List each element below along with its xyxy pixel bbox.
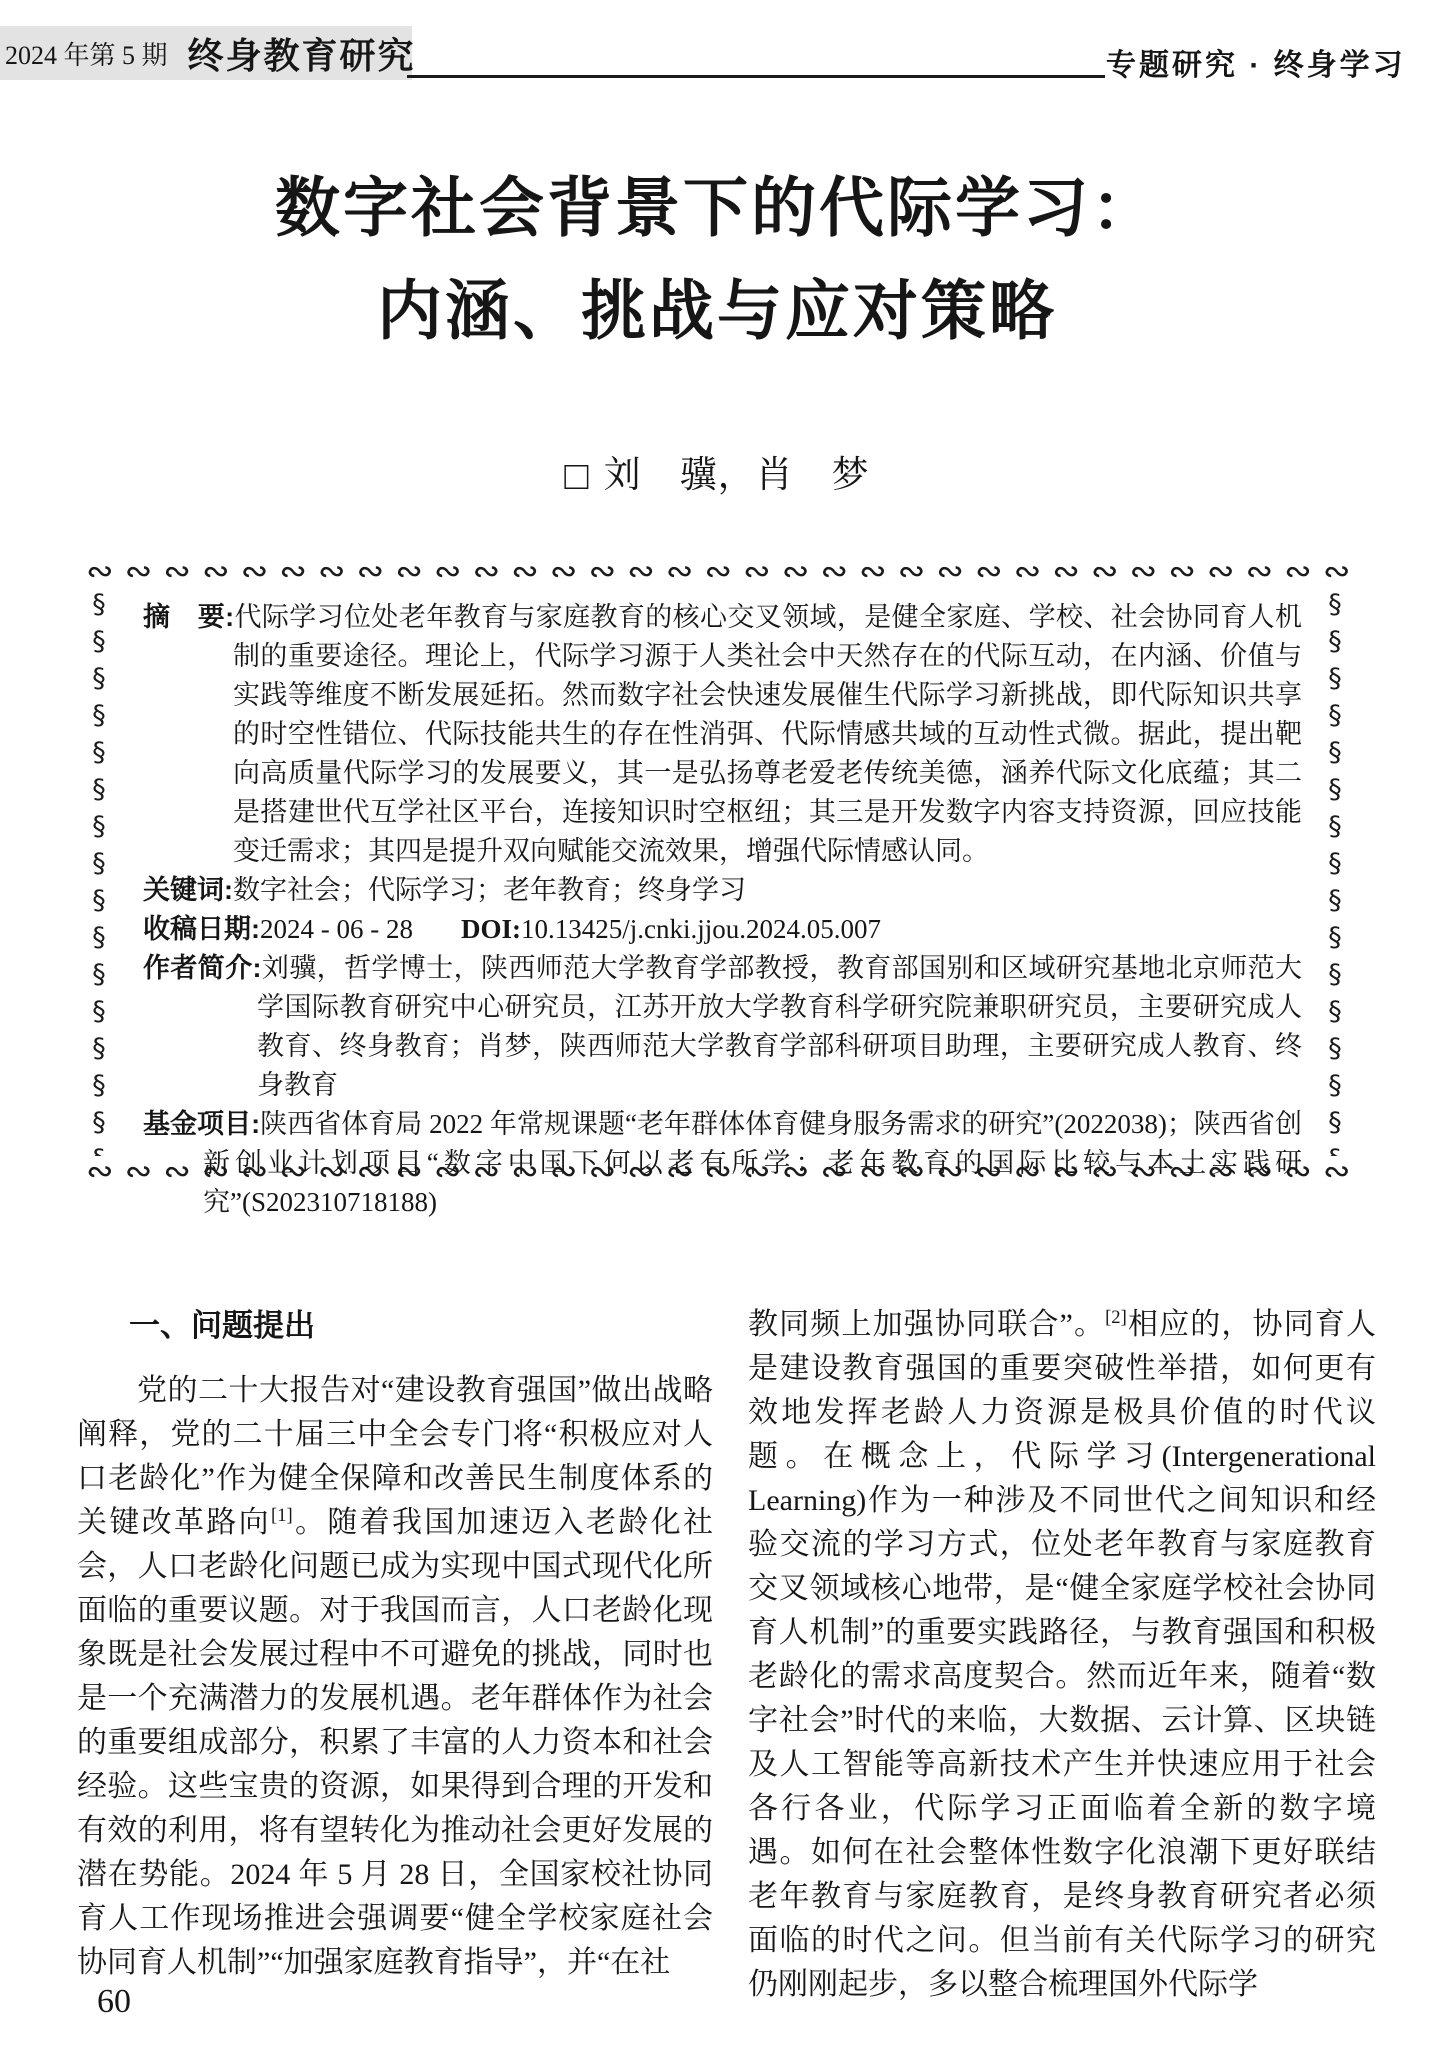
keywords-text: 数字社会；代际学习；老年教育；终身学习	[233, 875, 746, 905]
author-bio-text: 刘骥，哲学博士，陕西师范大学教育学部教授，教育部国别和区域研究基地北京师范大学国…	[257, 953, 1302, 1100]
paragraph-right: 教同频上加强协同联合”。[2]相应的，协同育人是建设教育强国的重要突破性举措，如…	[748, 1303, 1376, 2007]
received-doi-field: 收稿日期:2024 - 06 - 28DOI:10.13425/j.cnki.j…	[143, 910, 1302, 949]
abstract-content: 摘 要:代际学习位处老年教育与家庭教育的核心交叉领域，是健全家庭、学校、社会协同…	[143, 598, 1302, 1222]
abstract-text: 代际学习位处老年教育与家庭教育的核心交叉领域，是健全家庭、学校、社会协同育人机制…	[233, 602, 1302, 866]
paragraph-left: 党的二十大报告对“建设教育强国”做出战略阐释，党的二十届三中全会专门将“积极应对…	[77, 1369, 713, 1985]
body-column-left: 一、问题提出 党的二十大报告对“建设教育强国”做出战略阐释，党的二十届三中全会专…	[77, 1303, 713, 1985]
reference-mark-1: [1]	[271, 1505, 293, 1526]
author-bio-label: 作者简介:	[143, 953, 262, 983]
abstract-label: 摘 要:	[143, 602, 234, 632]
reference-mark-2: [2]	[1105, 1307, 1127, 1328]
author-line: □刘 骥，肖 梦	[0, 444, 1434, 499]
received-date-value: 2024 - 06 - 28	[260, 914, 413, 944]
keywords-label: 关键词:	[143, 875, 233, 905]
article-title: 数字社会背景下的代际学习： 内涵、挑战与应对策略	[0, 158, 1434, 364]
body-column-right: 教同频上加强协同联合”。[2]相应的，协同育人是建设教育强国的重要突破性举措，如…	[748, 1303, 1376, 2007]
fund-project-field: 基金项目:陕西省体育局 2022 年常规课题“老年群体体育健身服务需求的研究”(…	[143, 1105, 1302, 1222]
ornament-border-right: §§§§§§§§§§§§§§§§§§§§§§§§	[1322, 586, 1348, 1156]
page-number: 60	[97, 1983, 131, 2021]
fund-project-text: 陕西省体育局 2022 年常规课题“老年群体体育健身服务需求的研究”(20220…	[203, 1109, 1302, 1217]
journal-title: 终身教育研究	[188, 28, 416, 79]
paragraph-right-part2: 相应的，协同育人是建设教育强国的重要突破性举措，如何更有效地发挥老龄人力资源是极…	[748, 1308, 1376, 2001]
journal-page: 2024 年第 5 期 终身教育研究 专题研究 · 终身学习 数字社会背景下的代…	[0, 0, 1434, 2063]
author-names: 刘 骥，肖 梦	[604, 455, 870, 496]
paragraph-right-part1: 教同频上加强协同联合”。	[748, 1308, 1105, 1341]
paragraph-left-part2: 。随着我国加速迈入老龄化社会，人口老龄化问题已成为实现中国式现代化所面临的重要议…	[77, 1506, 713, 1979]
ornament-border-left: §§§§§§§§§§§§§§§§§§§§§§§§	[86, 586, 112, 1156]
header-journal-block: 2024 年第 5 期 终身教育研究	[0, 26, 412, 80]
fund-project-label: 基金项目:	[143, 1109, 260, 1139]
doi-group: DOI:10.13425/j.cnki.jjou.2024.05.007	[461, 914, 881, 944]
header-divider-line	[407, 75, 1105, 78]
article-title-line2: 内涵、挑战与应对策略	[0, 261, 1434, 364]
doi-value: 10.13425/j.cnki.jjou.2024.05.007	[521, 914, 881, 944]
article-title-line1: 数字社会背景下的代际学习：	[0, 158, 1434, 261]
keywords-field: 关键词:数字社会；代际学习；老年教育；终身学习	[143, 871, 1302, 910]
received-date-label: 收稿日期:	[143, 914, 260, 944]
section-heading: 一、问题提出	[129, 1303, 713, 1348]
section-label: 专题研究 · 终身学习	[1106, 40, 1406, 84]
author-bio-field: 作者简介:刘骥，哲学博士，陕西师范大学教育学部教授，教育部国别和区域研究基地北京…	[143, 949, 1302, 1105]
abstract-field: 摘 要:代际学习位处老年教育与家庭教育的核心交叉领域，是健全家庭、学校、社会协同…	[143, 598, 1302, 871]
abstract-box: ∾∾∾∾∾∾∾∾∾∾∾∾∾∾∾∾∾∾∾∾∾∾∾∾∾∾∾∾∾∾∾∾∾∾∾∾∾∾∾∾…	[86, 556, 1348, 1186]
author-marker-square: □	[564, 453, 589, 498]
ornament-border-top: ∾∾∾∾∾∾∾∾∾∾∾∾∾∾∾∾∾∾∾∾∾∾∾∾∾∾∾∾∾∾∾∾∾∾∾∾∾∾∾∾…	[86, 556, 1348, 586]
doi-label: DOI:	[461, 914, 521, 944]
issue-number: 2024 年第 5 期	[0, 35, 168, 72]
